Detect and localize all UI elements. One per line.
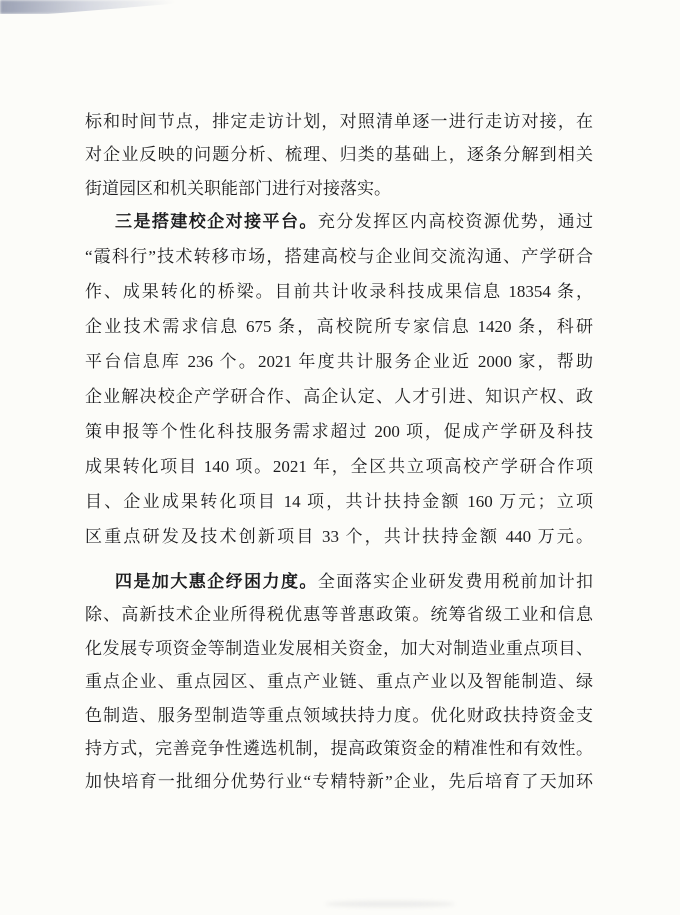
text-line: 街道园区和机关职能部门进行对接落实。 [85, 172, 593, 205]
scanned-document-page: 标和时间节点，排定走访计划，对照清单逐一进行走访对接，在 对企业反映的问题分析、… [0, 0, 680, 915]
paragraph-section-three: 三是搭建校企对接平台。充分发挥区内高校资源优势，通过 “霞科行”技术转移市场，搭… [85, 204, 593, 554]
paragraph-continued: 标和时间节点，排定走访计划，对照清单逐一进行走访对接，在 对企业反映的问题分析、… [85, 105, 593, 205]
text-line: 色制造、服务型制造等重点领域扶持力度。优化财政扶持资金支 [85, 699, 593, 732]
text-line: 重点企业、重点园区、重点产业链、重点产业以及智能制造、绿 [85, 665, 593, 698]
text-line: 持方式，完善竞争性遴选机制，提高政策资金的精准性和有效性。 [85, 732, 593, 765]
text-line: 策申报等个性化科技服务需求超过 200 项，促成产学研及科技 [85, 414, 593, 449]
section-four-heading-tail: 全面落实企业研发费用税前加计扣 [318, 572, 593, 591]
scan-artifact-top-left [0, 0, 218, 14]
section-four-heading: 四是加大惠企纾困力度。 [115, 572, 318, 591]
text-line: 区重点研发及技术创新项目 33 个，共计扶持金额 440 万元。 [85, 519, 593, 554]
text-line: 平台信息库 236 个。2021 年度共计服务企业近 2000 家，帮助 [85, 344, 593, 379]
text-line: 化发展专项资金等制造业发展相关资金，加大对制造业重点项目、 [85, 632, 593, 665]
section-three-heading-tail: 充分发挥区内高校资源优势，通过 [318, 212, 593, 231]
text-line: 四是加大惠企纾困力度。全面落实企业研发费用税前加计扣 [85, 565, 593, 598]
text-line: 对企业反映的问题分析、梳理、归类的基础上，逐条分解到相关 [85, 138, 593, 171]
paragraph-section-four: 四是加大惠企纾困力度。全面落实企业研发费用税前加计扣 除、高新技术企业所得税优惠… [85, 565, 593, 799]
text-line: “霞科行”技术转移市场，搭建高校与企业间交流沟通、产学研合 [85, 239, 593, 274]
scan-artifact-bottom [325, 901, 455, 907]
text-line: 成果转化项目 140 项。2021 年，全区共立项高校产学研合作项 [85, 449, 593, 484]
text-line: 目、企业成果转化项目 14 项，共计扶持金额 160 万元；立项 [85, 484, 593, 519]
text-line: 标和时间节点，排定走访计划，对照清单逐一进行走访对接，在 [85, 105, 593, 138]
text-line: 企业技术需求信息 675 条，高校院所专家信息 1420 条，科研 [85, 309, 593, 344]
text-line: 三是搭建校企对接平台。充分发挥区内高校资源优势，通过 [85, 204, 593, 239]
text-line: 企业解决校企产学研合作、高企认定、人才引进、知识产权、政 [85, 379, 593, 414]
text-line: 加快培育一批细分优势行业“专精特新”企业，先后培育了天加环 [85, 765, 593, 798]
section-three-heading: 三是搭建校企对接平台。 [115, 212, 318, 231]
text-line: 除、高新技术企业所得税优惠等普惠政策。统筹省级工业和信息 [85, 598, 593, 631]
text-line: 作、成果转化的桥梁。目前共计收录科技成果信息 18354 条， [85, 274, 593, 309]
